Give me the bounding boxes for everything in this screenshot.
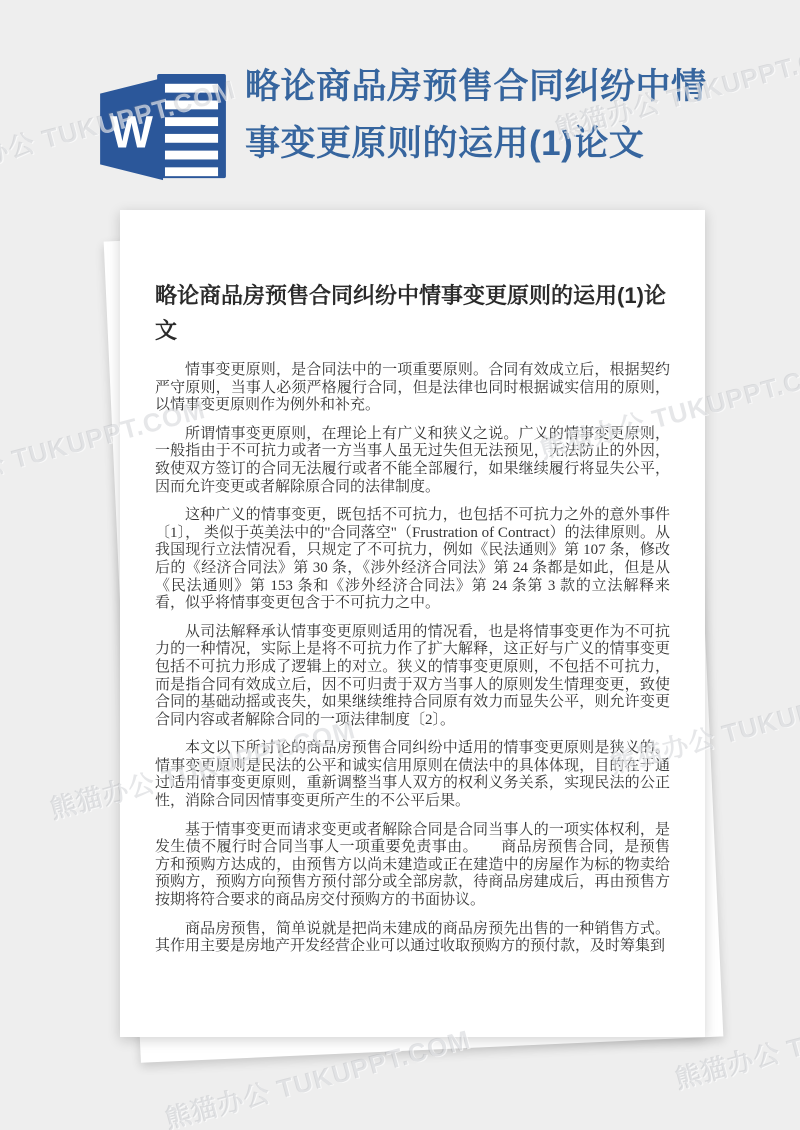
paragraph: 本文以下所讨论的商品房预售合同纠纷中适用的情事变更原则是狭义的。情事变更原则是民…	[155, 740, 670, 810]
svg-text:W: W	[110, 107, 153, 158]
paragraph: 这种广义的情事变更，既包括不可抗力，也包括不可抗力之外的意外事件〔1〕， 类似于…	[155, 507, 670, 613]
page-background: W 略论商品房预售合同纠纷中情事变更原则的运用(1)论文 略论商品房预售合同纠纷…	[0, 0, 800, 1130]
paragraph: 所谓情事变更原则，在理论上有广义和狭义之说。广义的情事变更原则，一般指由于不可抗…	[155, 426, 670, 496]
document-heading: 略论商品房预售合同纠纷中情事变更原则的运用(1)论文	[155, 278, 670, 348]
paragraph: 从司法解释承认情事变更原则适用的情况看，也是将情事变更作为不可抗力的一种情况，实…	[155, 624, 670, 730]
paragraph: 商品房预售，简单说就是把尚未建成的商品房预先出售的一种销售方式。其作用主要是房地…	[155, 921, 670, 956]
word-icon: W	[100, 72, 228, 186]
paragraph: 情事变更原则，是合同法中的一项重要原则。合同有效成立后，根据契约严守原则，当事人…	[155, 362, 670, 415]
page-title: 略论商品房预售合同纠纷中情事变更原则的运用(1)论文	[245, 58, 710, 172]
document-body: 情事变更原则，是合同法中的一项重要原则。合同有效成立后，根据契约严守原则，当事人…	[155, 362, 670, 956]
paragraph: 基于情事变更而请求变更或者解除合同是合同当事人的一项实体权利，是发生债不履行时合…	[155, 822, 670, 910]
document-page[interactable]: 略论商品房预售合同纠纷中情事变更原则的运用(1)论文 情事变更原则，是合同法中的…	[120, 210, 705, 1037]
